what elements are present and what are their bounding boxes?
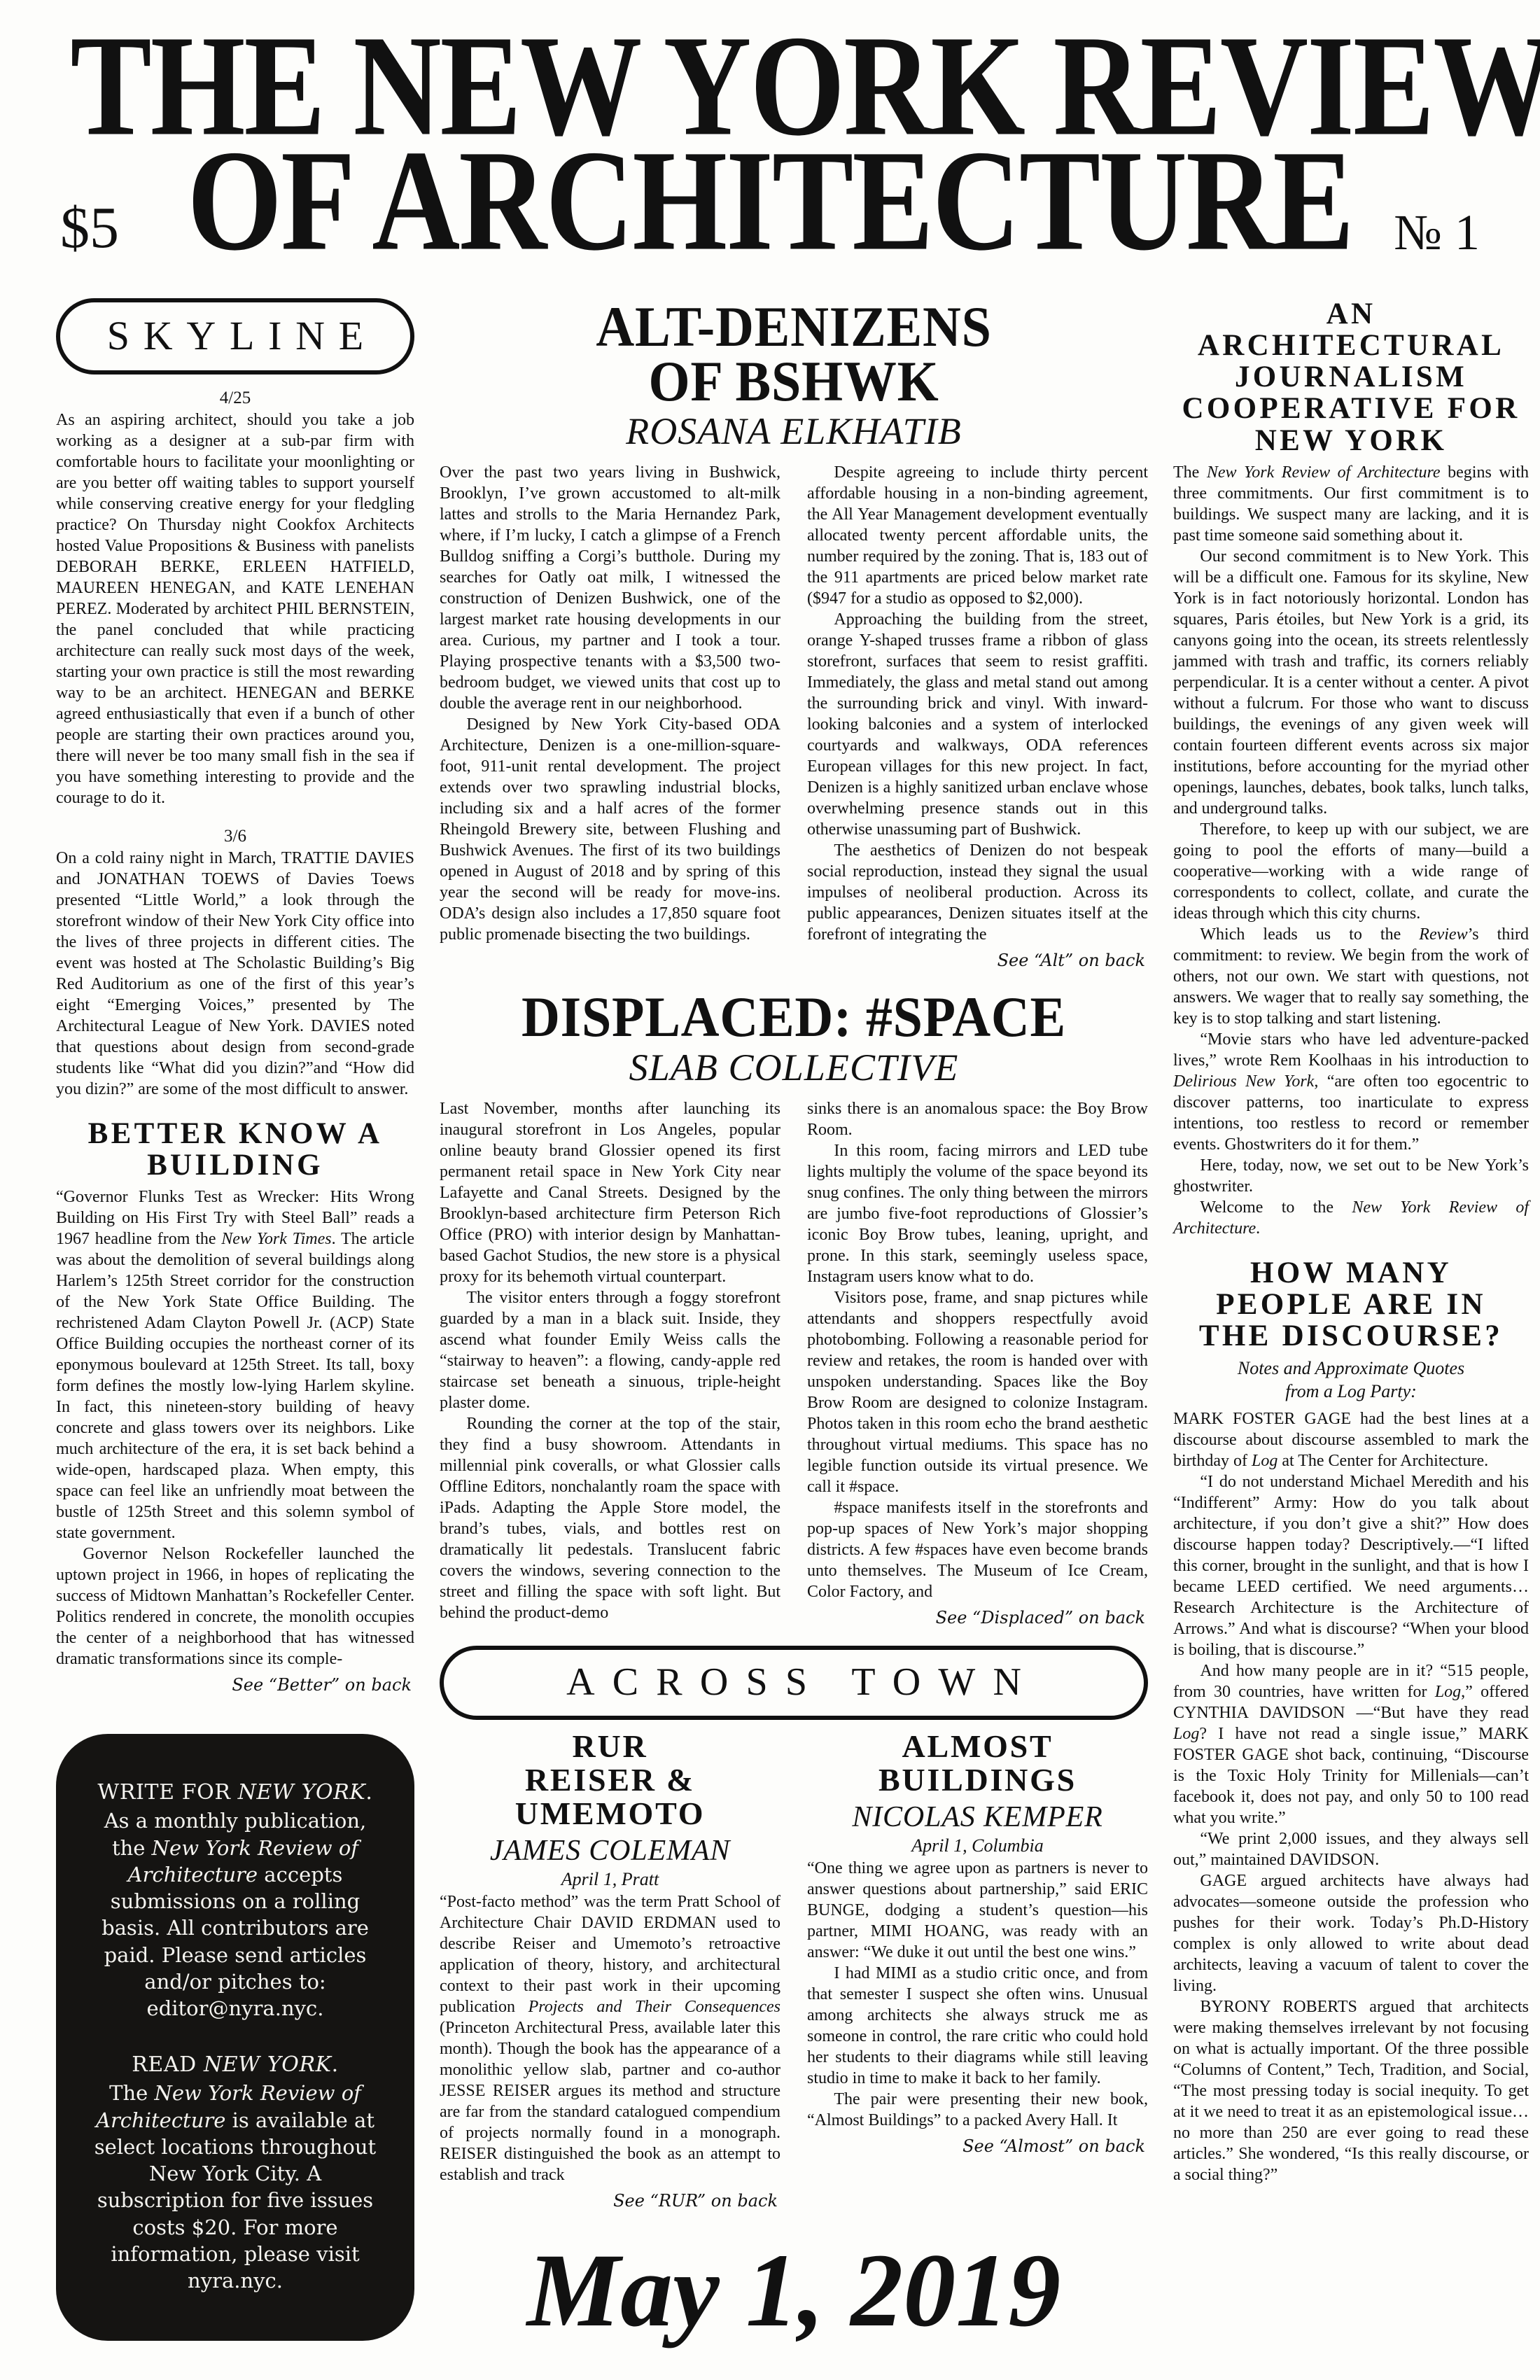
paragraph: JOURNALISM — [1173, 361, 1529, 393]
paragraph: from a Log Party: — [1173, 1380, 1529, 1403]
paragraph: BYRONY ROBERTS argued that architects we… — [1173, 1996, 1529, 2185]
issue-date: May 1, 2019 — [440, 2230, 1148, 2351]
issue-number: № 1 — [1394, 204, 1480, 262]
paragraph: “I do not understand Michael Meredith an… — [1173, 1471, 1529, 1660]
continuation-note: See “RUR” on back — [440, 2191, 778, 2211]
article-byline: ROSANA ELKHATIB — [440, 411, 1148, 452]
alt-denizens-article: ALT-DENIZENSOF BSHWK ROSANA ELKHATIB Ove… — [440, 298, 1148, 970]
price-label: $5 — [60, 194, 119, 262]
paragraph: Governor Nelson Rockefeller launched the… — [56, 1543, 414, 1669]
paragraph: Here, today, now, we set out to be New Y… — [1173, 1155, 1529, 1197]
promo-write-head: WRITE FOR NEW YORK. — [87, 1780, 384, 1805]
paragraph: Last November, months after launching it… — [440, 1098, 780, 1287]
article-columns: Over the past two years living in Bushwi… — [440, 462, 1148, 970]
paragraph: GAGE argued architects have always had a… — [1173, 1870, 1529, 1996]
paragraph: “Governor Flunks Test as Wrecker: Hits W… — [56, 1186, 414, 1543]
paragraph: “Post-facto method” was the term Pratt S… — [440, 1891, 780, 2185]
article-column-right: sinks there is an anomalous space: the B… — [807, 1098, 1148, 1627]
paragraph: AN ARCHITECTURAL — [1173, 298, 1529, 361]
paragraph: “One thing we agree upon as partners is … — [807, 1858, 1148, 1963]
article-subtitle: Notes and Approximate Quotesfrom a Log P… — [1173, 1357, 1529, 1403]
paragraph: The pair were presenting their new book,… — [807, 2089, 1148, 2131]
paragraph: OF BSHWK — [440, 353, 1148, 412]
dateline-text: April 1, Columbia — [807, 1835, 1148, 1858]
paragraph: The New York Review of Architecture begi… — [1173, 462, 1529, 546]
article-title: ALT-DENIZENSOF BSHWK — [440, 298, 1148, 407]
paragraph: BUILDING — [56, 1149, 414, 1181]
displaced-space-article: DISPLACED: #SPACE SLAB COLLECTIVE Last N… — [440, 988, 1148, 1627]
paragraph: Designed by New York City-based ODA Arch… — [440, 714, 780, 945]
paragraph: PEOPLE ARE IN — [1173, 1289, 1529, 1320]
article-column-left: Last November, months after launching it… — [440, 1098, 780, 1623]
paragraph: REISER & UMEMOTO — [440, 1763, 780, 1830]
continuation-note: See “Better” on back — [56, 1675, 412, 1695]
article-title: HOW MANYPEOPLE ARE INTHE DISCOURSE? — [1173, 1257, 1529, 1352]
cooperative-editorial: AN ARCHITECTURALJOURNALISMCOOPERATIVE FO… — [1173, 298, 1529, 1239]
column-layout: SKYLINE 4/25 As an aspiring architect, s… — [56, 298, 1484, 2351]
article-column-left: Over the past two years living in Bushwi… — [440, 462, 780, 945]
paragraph: And how many people are in it? “515 peop… — [1173, 1660, 1529, 1828]
article-column-right-body: Despite agreeing to include thirty perce… — [807, 462, 1148, 945]
article-body: The New York Review of Architecture begi… — [1173, 462, 1529, 1239]
paragraph: Visitors pose, frame, and snap pictures … — [807, 1287, 1148, 1497]
article-body: “One thing we agree upon as partners is … — [807, 1858, 1148, 2131]
almost-buildings-article: ALMOSTBUILDINGS NICOLAS KEMPER April 1, … — [807, 1730, 1148, 2155]
paragraph: sinks there is an anomalous space: the B… — [807, 1098, 1148, 1140]
center-column: ALT-DENIZENSOF BSHWK ROSANA ELKHATIB Ove… — [440, 298, 1148, 2351]
paragraph: “We print 2,000 issues, and they always … — [1173, 1828, 1529, 1870]
paragraph: Over the past two years living in Bushwi… — [440, 462, 780, 714]
continuation-note: See “Alt” on back — [807, 951, 1145, 970]
skyline-entry-date: 4/25 — [56, 388, 414, 408]
masthead-title-line2: OF ARCHITECTURE — [70, 134, 1469, 267]
across-town-columns: RURREISER & UMEMOTO JAMES COLEMAN April … — [440, 1730, 1148, 2210]
paragraph: MARK FOSTER GAGE had the best lines at a… — [1173, 1408, 1529, 1471]
article-title: BETTER KNOW ABUILDING — [56, 1118, 414, 1181]
paragraph: “Movie stars who have led adventure-pack… — [1173, 1029, 1529, 1155]
article-dateline: April 1, Columbia — [807, 1835, 1148, 1858]
promo-gap — [87, 2022, 384, 2052]
across-town-section-badge: ACROSS TOWN — [440, 1646, 1148, 1720]
article-title: RURREISER & UMEMOTO — [440, 1730, 780, 1830]
paragraph: ALMOST — [807, 1730, 1148, 1763]
masthead: THE NEW YORK REVIEW OF ARCHITECTURE $5 №… — [56, 20, 1484, 280]
dateline-text: April 1, Pratt — [440, 1868, 780, 1891]
paragraph: RUR — [440, 1730, 780, 1763]
article-body: “Governor Flunks Test as Wrecker: Hits W… — [56, 1186, 414, 1669]
article-body: “Post-facto method” was the term Pratt S… — [440, 1891, 780, 2185]
paragraph: HOW MANY — [1173, 1257, 1529, 1289]
paragraph: BETTER KNOW A — [56, 1118, 414, 1149]
paragraph: The visitor enters through a foggy store… — [440, 1287, 780, 1413]
article-title: AN ARCHITECTURALJOURNALISMCOOPERATIVE FO… — [1173, 298, 1529, 456]
paragraph: ALT-DENIZENS — [440, 298, 1148, 357]
skyline-entry-body: On a cold rainy night in March, TRATTIE … — [56, 848, 414, 1100]
skyline-entry: 4/25 As an aspiring architect, should yo… — [56, 388, 414, 808]
article-column-right-body: sinks there is an anomalous space: the B… — [807, 1098, 1148, 1602]
paragraph: Despite agreeing to include thirty perce… — [807, 462, 1148, 609]
article-body: MARK FOSTER GAGE had the best lines at a… — [1173, 1408, 1529, 2185]
continuation-note: See “Displaced” on back — [807, 1608, 1145, 1627]
skyline-section-badge: SKYLINE — [56, 298, 414, 374]
right-column: AN ARCHITECTURALJOURNALISMCOOPERATIVE FO… — [1173, 298, 1529, 2204]
article-dateline: April 1, Pratt — [440, 1868, 780, 1891]
article-byline: SLAB COLLECTIVE — [440, 1047, 1148, 1088]
left-column: SKYLINE 4/25 As an aspiring architect, s… — [56, 298, 414, 2341]
paragraph: #space manifests itself in the storefron… — [807, 1497, 1148, 1602]
paragraph: On a cold rainy night in March, TRATTIE … — [56, 848, 414, 1100]
paragraph: COOPERATIVE FOR — [1173, 393, 1529, 424]
discourse-article: HOW MANYPEOPLE ARE INTHE DISCOURSE? Note… — [1173, 1257, 1529, 2185]
rur-article: RURREISER & UMEMOTO JAMES COLEMAN April … — [440, 1730, 780, 2210]
paragraph: Welcome to the New York Review of Archit… — [1173, 1197, 1529, 1239]
skyline-entry-body: As an aspiring architect, should you tak… — [56, 409, 414, 808]
newspaper-front-page: THE NEW YORK REVIEW OF ARCHITECTURE $5 №… — [0, 0, 1540, 2380]
article-byline: NICOLAS KEMPER — [807, 1801, 1148, 1833]
paragraph: Rounding the corner at the top of the st… — [440, 1413, 780, 1623]
paragraph: DISPLACED: #SPACE — [440, 988, 1148, 1047]
paragraph: Our second commitment is to New York. Th… — [1173, 546, 1529, 819]
paragraph: Notes and Approximate Quotes — [1173, 1357, 1529, 1380]
promo-read-body: The New York Review of Architecture is a… — [87, 2080, 384, 2294]
subscription-promo-box: WRITE FOR NEW YORK. As a monthly publica… — [56, 1734, 414, 2340]
promo-read-head: READ NEW YORK. — [87, 2052, 384, 2077]
article-title: DISPLACED: #SPACE — [440, 988, 1148, 1043]
article-byline: JAMES COLEMAN — [440, 1835, 780, 1867]
paragraph: BUILDINGS — [807, 1763, 1148, 1797]
paragraph: NEW YORK — [1173, 425, 1529, 456]
skyline-entry: 3/6 On a cold rainy night in March, TRAT… — [56, 827, 414, 1100]
paragraph: In this room, facing mirrors and LED tub… — [807, 1140, 1148, 1287]
article-title: ALMOSTBUILDINGS — [807, 1730, 1148, 1797]
continuation-note: See “Almost” on back — [807, 2136, 1145, 2156]
paragraph: Which leads us to the Review’s third com… — [1173, 924, 1529, 1029]
paragraph: As an aspiring architect, should you tak… — [56, 409, 414, 808]
paragraph: I had MIMI as a studio critic once, and … — [807, 1963, 1148, 2089]
promo-write-body: As a monthly publication, the New York R… — [87, 1807, 384, 2022]
paragraph: Therefore, to keep up with our subject, … — [1173, 819, 1529, 924]
better-know-a-building-article: BETTER KNOW ABUILDING “Governor Flunks T… — [56, 1118, 414, 1695]
paragraph: Approaching the building from the street… — [807, 609, 1148, 840]
paragraph: The aesthetics of Denizen do not bespeak… — [807, 840, 1148, 945]
article-columns: Last November, months after launching it… — [440, 1098, 1148, 1627]
article-column-right: Despite agreeing to include thirty perce… — [807, 462, 1148, 970]
paragraph: THE DISCOURSE? — [1173, 1320, 1529, 1352]
skyline-entry-date: 3/6 — [56, 827, 414, 846]
